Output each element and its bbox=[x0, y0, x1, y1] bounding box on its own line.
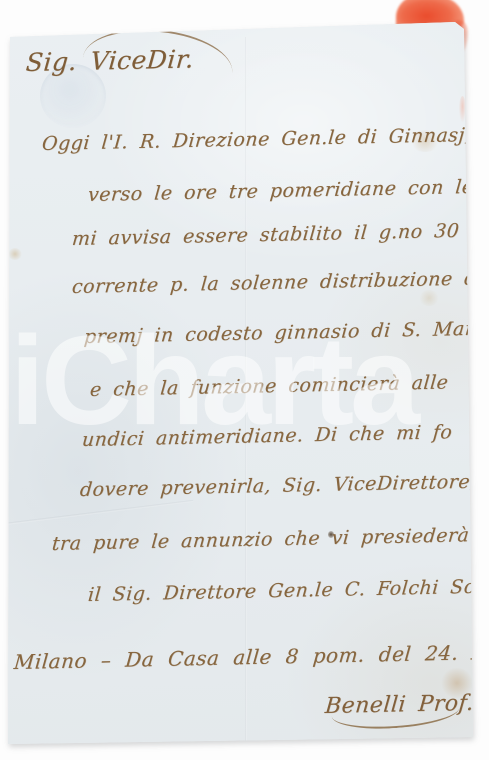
letter-line: undici antimeridiane. Di che mi fo bbox=[81, 421, 453, 451]
letter-line: e che la funzione comincierà alle bbox=[89, 371, 449, 401]
letter-line: premj in codesto ginnasio di S. Marta, bbox=[83, 317, 489, 348]
letter-line: tra pure le annunzio che vi presiederà bbox=[51, 524, 470, 555]
letter-line: mi avvisa essere stabilito il g.no 30 de… bbox=[71, 219, 489, 250]
dateline: Milano – Da Casa alle 8 pom. del 24. Ag.… bbox=[13, 639, 489, 674]
stain bbox=[418, 290, 440, 306]
paper-shadow-wrapper: Sig. ViceDir. Oggi l'I. R. Direzione Gen… bbox=[0, 0, 489, 760]
letter-line: Oggi l'I. R. Direzione Gen.le di Ginnasj… bbox=[41, 124, 472, 155]
salutation-line: Sig. ViceDir. bbox=[25, 44, 196, 77]
stain bbox=[8, 248, 22, 260]
letter-line: dovere prevenirla, Sig. ViceDirettore, m… bbox=[79, 469, 489, 501]
letter-paper: Sig. ViceDir. Oggi l'I. R. Direzione Gen… bbox=[0, 0, 489, 760]
diagonal-fold-crease bbox=[0, 500, 193, 526]
letter-line: il Sig. Direttore Gen.le C. Folchi Schro… bbox=[87, 575, 489, 606]
seal-stain-faint bbox=[459, 96, 466, 122]
letter-photograph: Sig. ViceDir. Oggi l'I. R. Direzione Gen… bbox=[0, 0, 489, 760]
letter-line: verso le ore tre pomeridiane con lettera bbox=[87, 175, 489, 206]
